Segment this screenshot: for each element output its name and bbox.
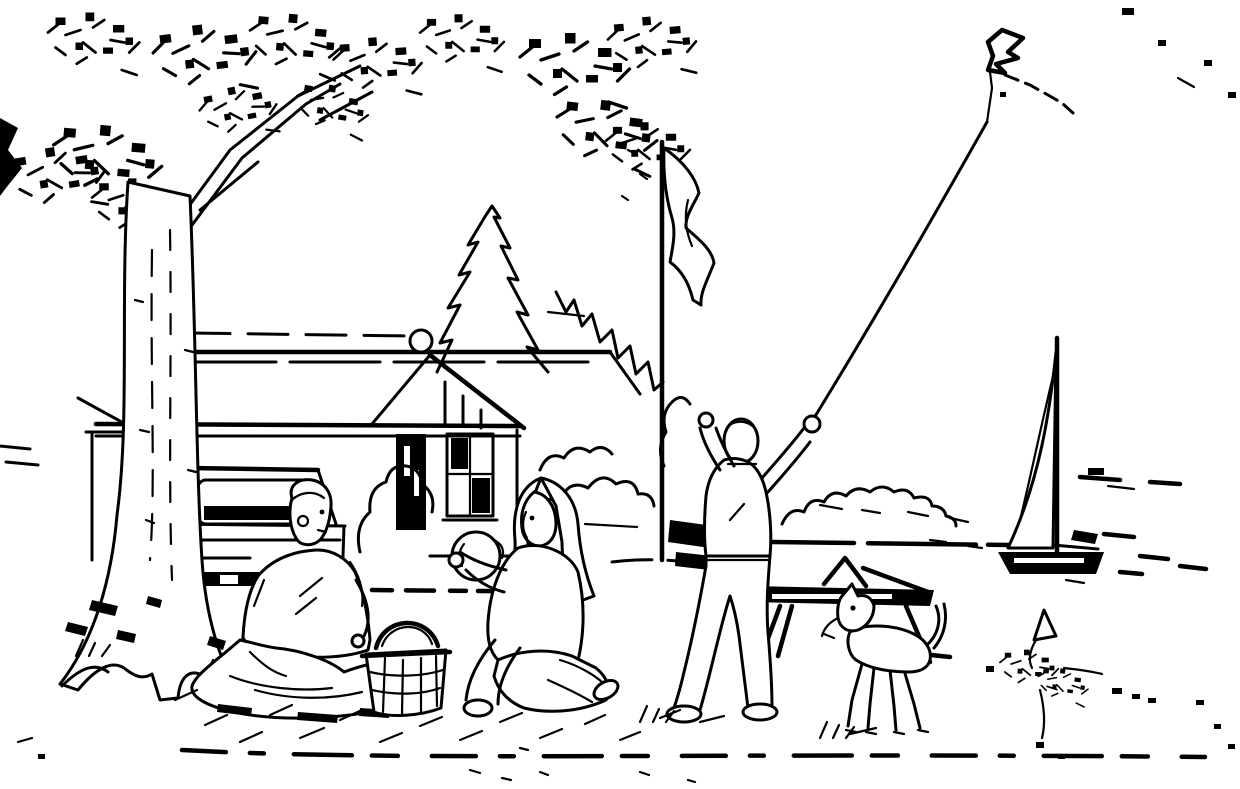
cabin-window: [443, 434, 497, 520]
kite: [987, 30, 1073, 122]
sailboat: [998, 338, 1134, 583]
kite-string: [814, 122, 987, 418]
picnic-line-drawing: [0, 0, 1240, 789]
picnic-basket: [362, 623, 450, 716]
dog: [822, 584, 946, 734]
drawing-canvas: [0, 0, 1240, 789]
beach-child: [1000, 610, 1156, 748]
flag: [664, 148, 714, 305]
tree-trunk: [60, 182, 240, 700]
picnic-woman: [449, 478, 621, 716]
flagpole: [585, 142, 714, 570]
